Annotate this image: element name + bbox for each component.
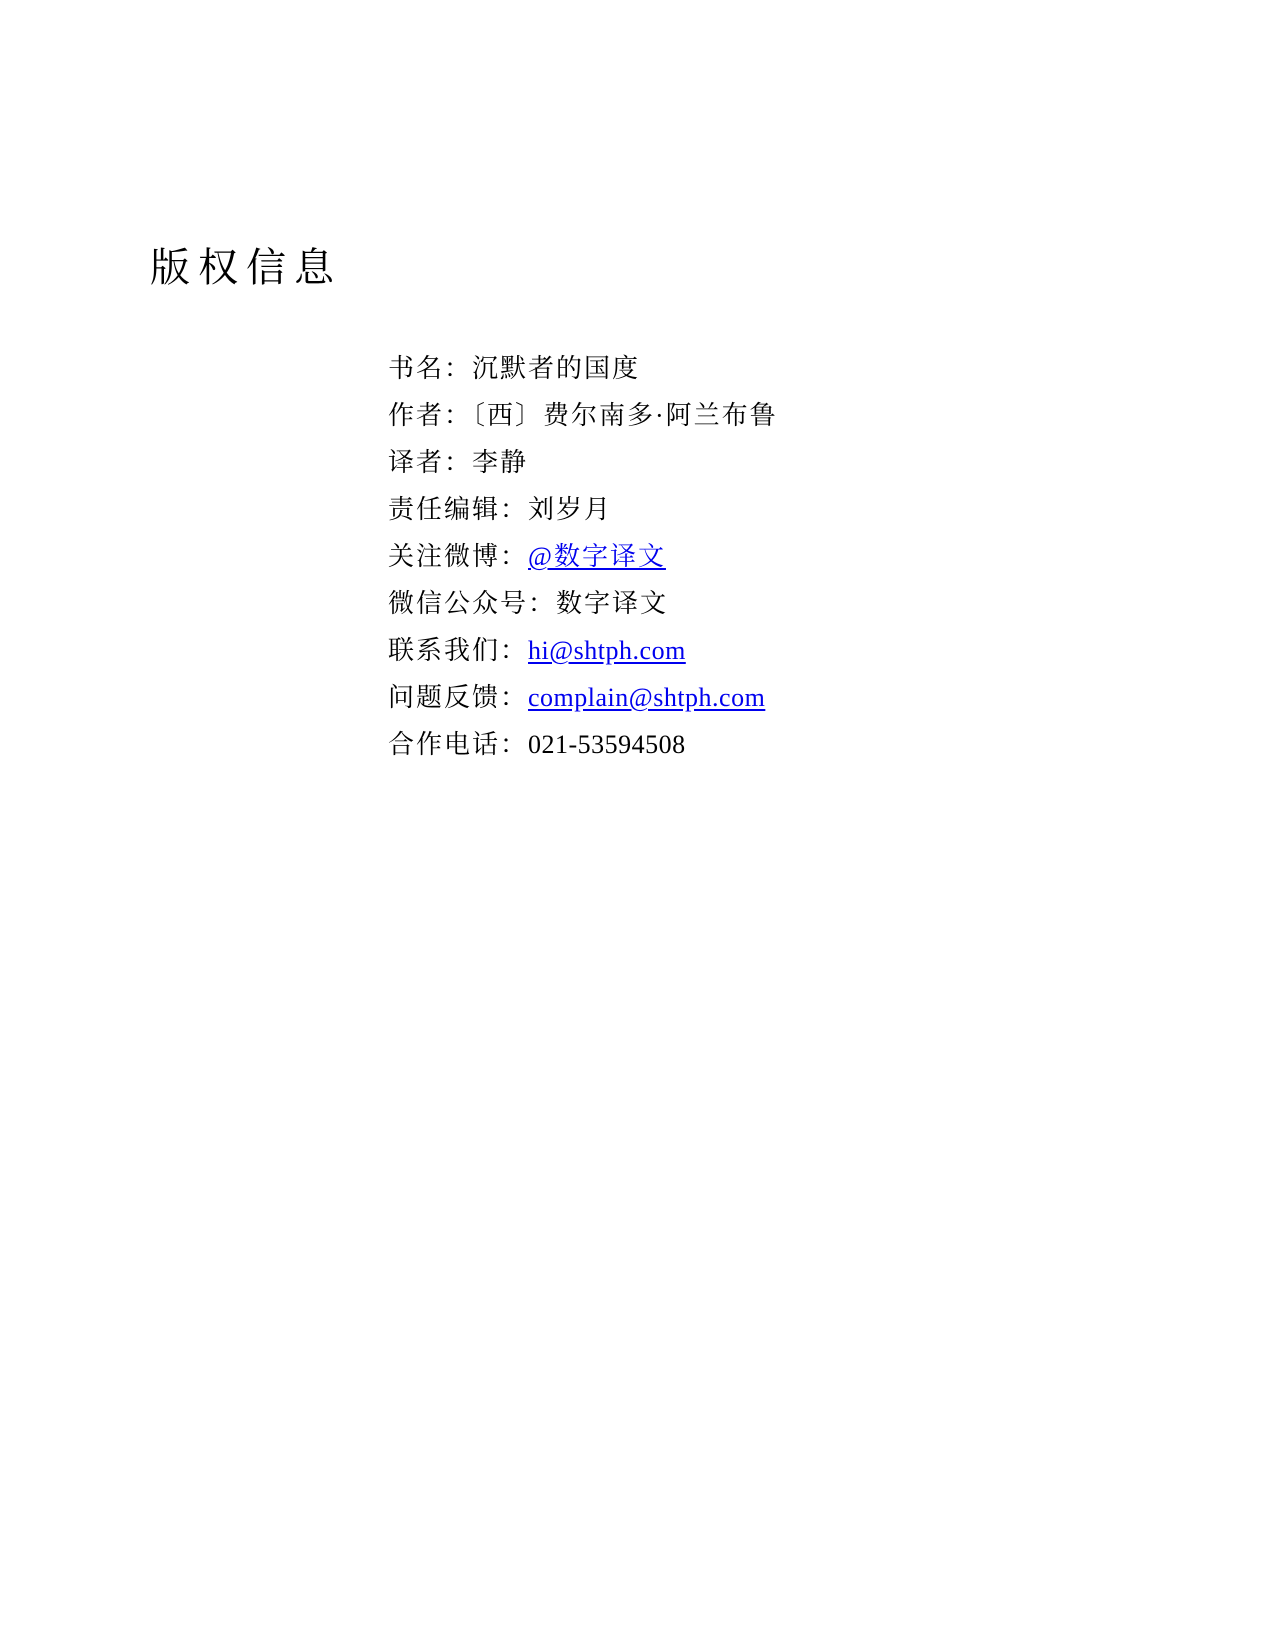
book-name-value: 沉默者的国度 <box>472 354 640 383</box>
line-contact: 联系我们：hi@shtph.com <box>388 627 778 674</box>
weibo-label: 关注微博： <box>388 542 528 571</box>
page-title: 版权信息 <box>150 236 342 293</box>
phone-label: 合作电话： <box>388 730 528 759</box>
translator-value: 李静 <box>472 448 528 477</box>
line-book-name: 书名：沉默者的国度 <box>388 345 778 392</box>
translator-label: 译者： <box>388 448 472 477</box>
editor-value: 刘岁月 <box>528 495 612 524</box>
feedback-label: 问题反馈： <box>388 683 528 712</box>
author-label: 作者： <box>388 401 472 430</box>
contact-label: 联系我们： <box>388 636 528 665</box>
feedback-email-link[interactable]: complain@shtph.com <box>528 683 765 712</box>
line-feedback: 问题反馈：complain@shtph.com <box>388 674 778 721</box>
line-phone: 合作电话：021-53594508 <box>388 721 778 768</box>
weibo-link[interactable]: @数字译文 <box>528 542 666 571</box>
editor-label: 责任编辑： <box>388 495 528 524</box>
line-author: 作者：〔西〕费尔南多·阿兰布鲁 <box>388 392 778 439</box>
line-wechat: 微信公众号：数字译文 <box>388 580 778 627</box>
phone-value: 021-53594508 <box>528 730 686 759</box>
author-value: 〔西〕费尔南多·阿兰布鲁 <box>472 401 778 430</box>
wechat-label: 微信公众号： <box>388 589 556 618</box>
contact-email-link[interactable]: hi@shtph.com <box>528 636 686 665</box>
line-translator: 译者：李静 <box>388 439 778 486</box>
line-weibo: 关注微博：@数字译文 <box>388 533 778 580</box>
line-editor: 责任编辑：刘岁月 <box>388 486 778 533</box>
book-name-label: 书名： <box>388 354 472 383</box>
copyright-page: 版权信息 书名：沉默者的国度 作者：〔西〕费尔南多·阿兰布鲁 译者：李静 责任编… <box>0 0 1275 1650</box>
wechat-value: 数字译文 <box>556 589 668 618</box>
book-info-block: 书名：沉默者的国度 作者：〔西〕费尔南多·阿兰布鲁 译者：李静 责任编辑：刘岁月… <box>388 345 778 768</box>
